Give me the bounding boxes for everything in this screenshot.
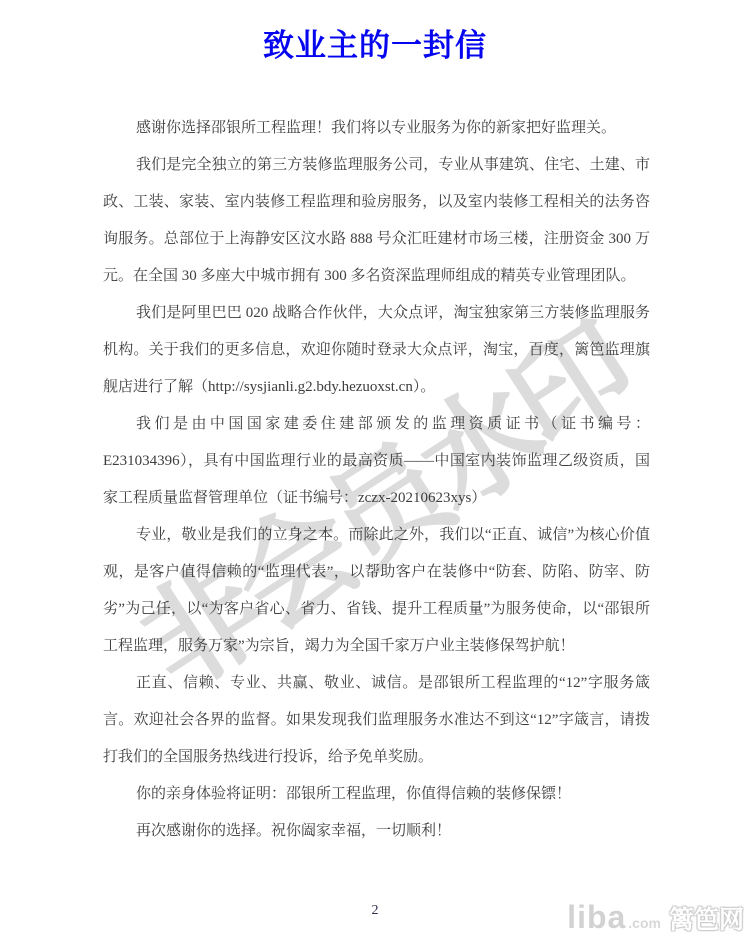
paragraph-company-intro: 我们是完全独立的第三方装修监理服务公司，专业从事建筑、住宅、土建、市政、工装、家… xyxy=(103,147,650,295)
paragraph-promise: 你的亲身体验将证明：邵银所工程监理，你值得信赖的装修保镖！ xyxy=(103,776,650,813)
paragraph-closing: 再次感谢你的选择。祝你阖家幸福，一切顺利！ xyxy=(103,813,650,850)
page-number: 2 xyxy=(0,903,750,919)
page-title: 致业主的一封信 xyxy=(0,20,750,65)
paragraph-partners: 我们是阿里巴巴 020 战略合作伙伴，大众点评，淘宝独家第三方装修监理服务机构。… xyxy=(103,295,650,406)
paragraph-certificates: 我们是由中国国家建委住建部颁发的监理资质证书（证书编号：E231034396），… xyxy=(103,406,650,517)
letter-body: 感谢你选择邵银所工程监理！我们将以专业服务为你的新家把好监理关。 我们是完全独立… xyxy=(103,110,650,850)
paragraph-values: 专业，敬业是我们的立身之本。而除此之外，我们以“正直、诚信”为核心价值观，是客户… xyxy=(103,517,650,665)
document-page: 非会员水印 致业主的一封信 感谢你选择邵银所工程监理！我们将以专业服务为你的新家… xyxy=(0,0,750,946)
paragraph-greeting: 感谢你选择邵银所工程监理！我们将以专业服务为你的新家把好监理关。 xyxy=(103,110,650,147)
paragraph-motto: 正直、信赖、专业、共赢、敬业、诚信。是邵银所工程监理的“12”字服务箴言。欢迎社… xyxy=(103,665,650,776)
